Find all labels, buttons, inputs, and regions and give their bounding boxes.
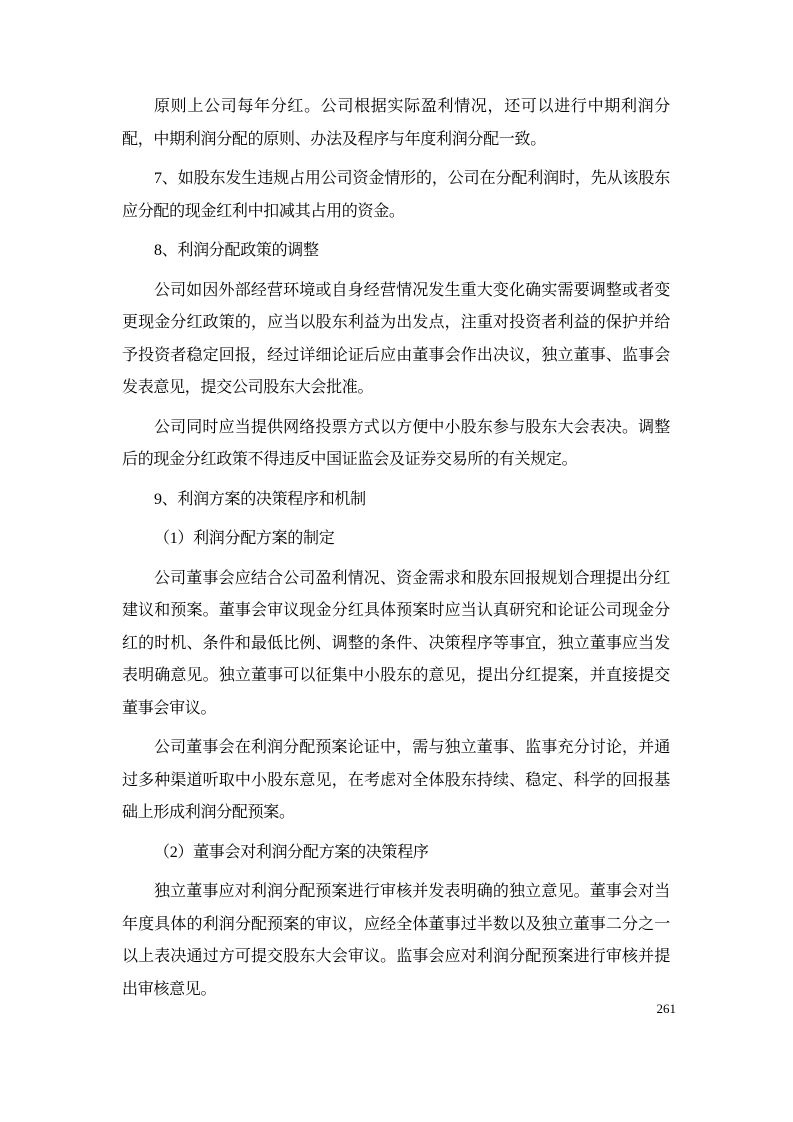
section-heading: （1）利润分配方案的制定 <box>122 523 670 556</box>
page-number: 261 <box>122 1001 676 1017</box>
paragraph: 公司同时应当提供网络投票方式以方便中小股东参与股东大会表决。调整后的现金分红政策… <box>122 412 670 477</box>
paragraph: 公司董事会在利润分配预案论证中，需与独立董事、监事充分讨论，并通过多种渠道听取中… <box>122 732 670 830</box>
paragraph: 独立董事应对利润分配预案进行审核并发表明确的独立意见。董事会对当年度具体的利润分… <box>122 876 670 1006</box>
section-heading: 8、利润分配政策的调整 <box>122 235 670 268</box>
section-heading: （2）董事会对利润分配方案的决策程序 <box>122 837 670 870</box>
paragraph: 7、如股东发生违规占用公司资金情形的，公司在分配利润时，先从该股东应分配的现金红… <box>122 163 670 228</box>
paragraph: 公司董事会应结合公司盈利情况、资金需求和股东回报规划合理提出分红建议和预案。董事… <box>122 563 670 726</box>
document-page: { "page": { "number": "261" }, "document… <box>0 0 793 1122</box>
paragraph: 原则上公司每年分红。公司根据实际盈利情况，还可以进行中期利润分配，中期利润分配的… <box>122 91 670 156</box>
document-body: 原则上公司每年分红。公司根据实际盈利情况，还可以进行中期利润分配，中期利润分配的… <box>122 91 670 1006</box>
paragraph: 公司如因外部经营环境或自身经营情况发生重大变化确实需要调整或者变更现金分红政策的… <box>122 275 670 405</box>
section-heading: 9、利润方案的决策程序和机制 <box>122 484 670 517</box>
